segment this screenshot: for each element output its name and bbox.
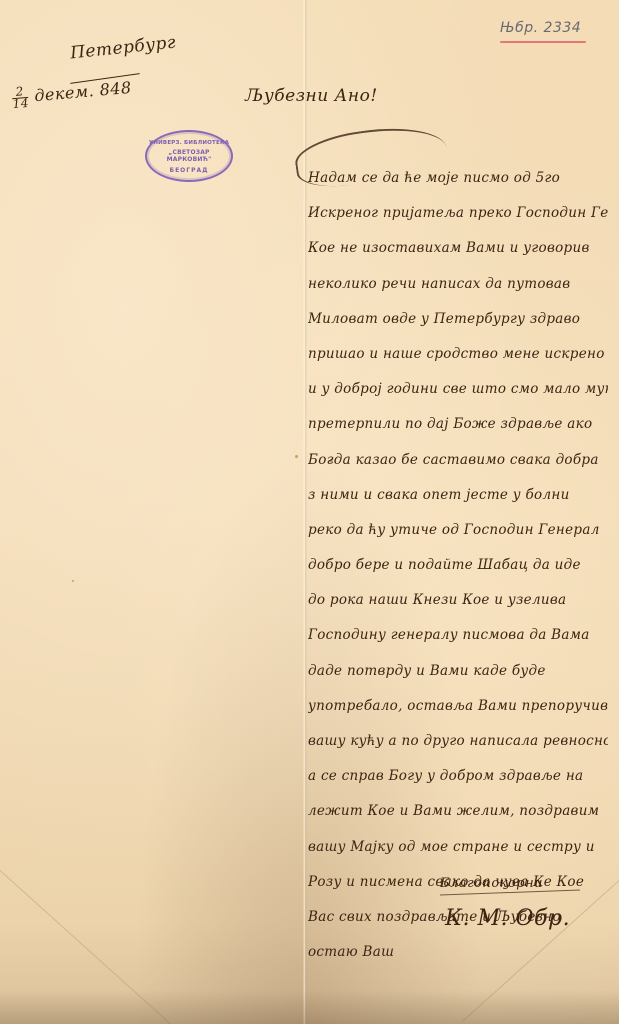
body-line: пришао и наше сродство мене искрено xyxy=(308,346,608,381)
stamp-line-1: УНИВЕРЗ. БИБЛИОТЕКА xyxy=(147,140,231,146)
body-line: а се справ Богу у добром здравље на xyxy=(308,768,608,803)
body-line: претерпили по дај Боже здравље ако xyxy=(308,416,608,451)
body-line: Надам се да ће моје писмо од 5го xyxy=(308,170,608,205)
letter-date: 2 14 декем. 848 xyxy=(11,77,132,110)
archive-number-underline xyxy=(500,41,586,43)
body-line: лежит Кое и Вами желим, поздравим xyxy=(308,803,608,838)
date-day-fraction: 2 14 xyxy=(11,86,29,110)
body-line: реко да ћу утиче од Господин Генерал xyxy=(308,522,608,557)
body-line: Богда казао бе саставимо свака добра xyxy=(308,452,608,487)
archive-number: Њбр. 2334 xyxy=(500,20,581,36)
bottom-edge-shadow xyxy=(0,990,619,1024)
letter-sheet: Петербург 2 14 декем. 848 Њбр. 2334 УНИВ… xyxy=(0,0,619,1024)
signature: К. М. Обр. xyxy=(445,906,570,931)
body-line: остаю Ваш xyxy=(308,944,608,979)
stamp-line-3: БЕОГРАД xyxy=(147,167,231,174)
letter-body: Надам се да ће моје писмо од 5го Искрено… xyxy=(308,170,608,979)
body-line: вашу кућу а по друго написала ревносно xyxy=(308,733,608,768)
body-line: Господину генералу писмова да Вама xyxy=(308,627,608,662)
place-heading: Петербург xyxy=(69,33,177,64)
body-line: употребало, оставља Вами препоручив xyxy=(308,698,608,733)
body-line: неколико речи написах да путовав xyxy=(308,276,608,311)
body-line: Искреног пријатеља преко Господин Генера… xyxy=(308,205,608,240)
body-line: добро бере и подайте Шабац да иде xyxy=(308,557,608,592)
body-line: Кое не изоставихам Вами и уговорив xyxy=(308,240,608,275)
foxing-spot xyxy=(295,455,298,458)
date-month-year: декем. 848 xyxy=(34,78,133,105)
library-stamp: УНИВЕРЗ. БИБЛИОТЕКА „СВЕТОЗАР МАРКОВИЋ" … xyxy=(145,130,233,182)
stamp-line-2: „СВЕТОЗАР МАРКОВИЋ" xyxy=(147,149,231,163)
body-line: вашу Мајку од мое стране и сестру и xyxy=(308,839,608,874)
date-day-new-style: 14 xyxy=(12,98,29,110)
body-line: з ними и свака опет јесте у болни xyxy=(308,487,608,522)
closing: Благопокорни xyxy=(440,876,543,891)
salutation: Љубезни Ано! xyxy=(245,86,378,106)
body-line: даде потврду и Вами каде буде xyxy=(308,663,608,698)
body-line: Миловат овде у Петербургу здраво xyxy=(308,311,608,346)
foxing-spot xyxy=(72,580,74,582)
body-line: и у доброј години све што смо мало муке xyxy=(308,381,608,416)
body-line: до рока наши Кнези Кое и узелива xyxy=(308,592,608,627)
